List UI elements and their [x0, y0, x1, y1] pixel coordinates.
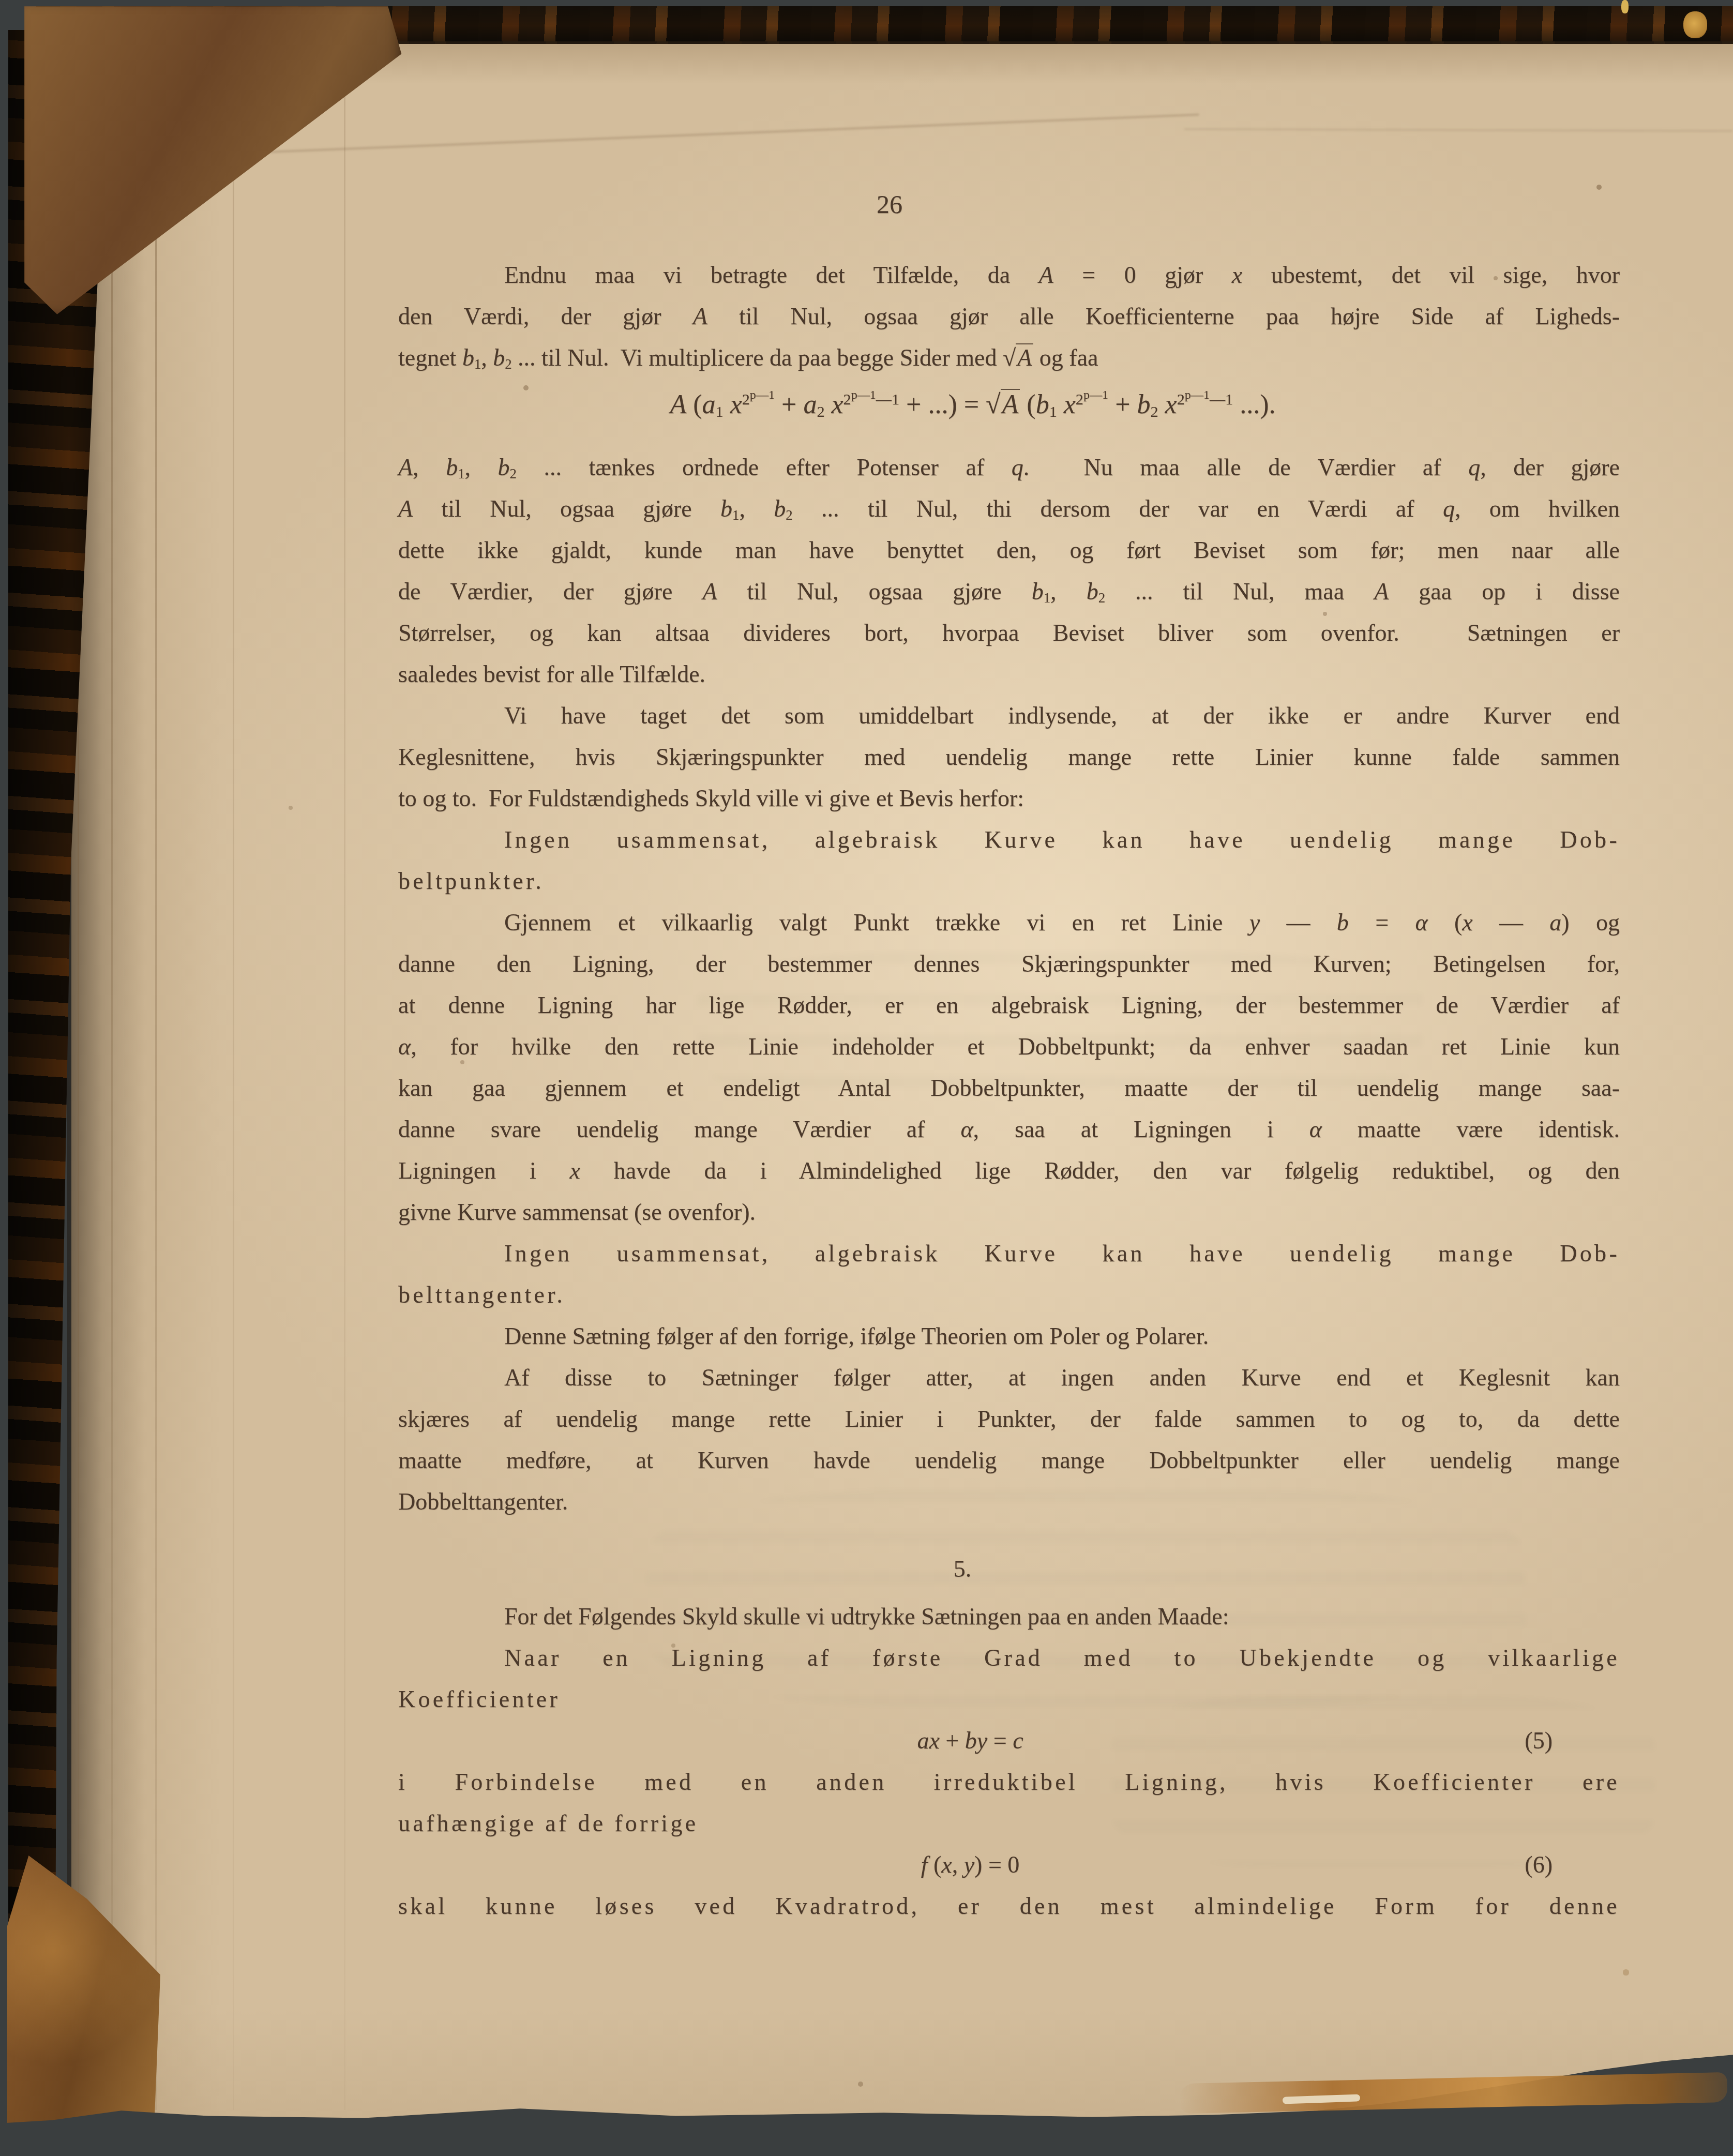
text-line: A til Nul, ogsaa gjøre b1, b2 ... til Nu…	[398, 488, 1620, 530]
text-line: belttangenter.	[398, 1274, 1620, 1316]
text-line: α, for hvilke den rette Linie indeholder…	[398, 1026, 1620, 1067]
text-line: at denne Ligning har lige Rødder, er en …	[398, 985, 1620, 1026]
text-line: beltpunkter.	[398, 861, 1620, 902]
text-line: Denne Sætning følger af den forrige, ifø…	[398, 1316, 1620, 1357]
sheet-edge-line	[155, 47, 157, 2110]
text-line: Af disse to Sætninger følger atter, at i…	[398, 1357, 1620, 1398]
sheet-edge-line	[233, 47, 234, 2110]
text-line: Keglesnittene, hvis Skjæringspunkter med…	[398, 736, 1620, 778]
text-line: to og to. For Fuldstændigheds Skyld vill…	[398, 778, 1620, 819]
text-line: danne svare uendelig mange Værdier af α,…	[398, 1109, 1620, 1150]
text-line: A, b1, b2 ... tænkes ordnede efter Poten…	[398, 447, 1620, 488]
text-line: Ingen usammensat, algebraisk Kurve kan h…	[398, 1233, 1620, 1274]
equation-number: (5)	[1525, 1720, 1553, 1761]
text-line: skal kunne løses ved Kvadratrod, er den …	[398, 1886, 1620, 1927]
text-line: Naar en Ligning af første Grad med to Ub…	[398, 1637, 1620, 1679]
equation-display: f (x, y) = 0(6)	[398, 1844, 1620, 1886]
equation-display: ax + by = c(5)	[398, 1720, 1620, 1761]
page-number: 26	[838, 189, 941, 219]
text-block: Endnu maa vi betragte det Tilfælde, da A…	[398, 254, 1620, 1927]
cover-worn-patch	[1621, 0, 1629, 13]
equation-display: A (a1 x2p—1 + a2 x2p—1—1 + ...) = √A (b1…	[398, 383, 1620, 427]
text-line: i Forbindelse med en anden irreduktibel …	[398, 1761, 1620, 1803]
sheet-edge-line	[344, 47, 345, 2110]
text-line: saaledes bevist for alle Tilfælde.	[398, 654, 1620, 695]
text-line: de Værdier, der gjøre A til Nul, ogsaa g…	[398, 571, 1620, 612]
text-line: kan gaa gjennem et endeligt Antal Dobbel…	[398, 1067, 1620, 1109]
text-line: givne Kurve sammensat (se ovenfor).	[398, 1192, 1620, 1233]
text-line: Ingen usammensat, algebraisk Kurve kan h…	[398, 819, 1620, 861]
text-line: dette ikke gjaldt, kunde man have benytt…	[398, 530, 1620, 571]
text-line: skjæres af uendelig mange rette Linier i…	[398, 1398, 1620, 1440]
text-line: uafhængige af de forrige	[398, 1803, 1620, 1844]
text-line: Ligningen i x havde da i Almindelighed l…	[398, 1150, 1620, 1192]
text-line: Vi have taget det som umiddelbart indlys…	[398, 695, 1620, 736]
text-line: Endnu maa vi betragte det Tilfælde, da A…	[398, 254, 1620, 296]
sheet-edge-line	[111, 47, 113, 2110]
text-line: tegnet b1, b2 ... til Nul. Vi multiplice…	[398, 337, 1620, 379]
paper-specks	[0, 0, 2, 2]
text-line: danne den Ligning, der bestemmer dennes …	[398, 943, 1620, 985]
text-line: Dobbelttangenter.	[398, 1481, 1620, 1522]
text-line: maatte medføre, at Kurven havde uendelig…	[398, 1440, 1620, 1481]
cover-worn-patch	[1683, 11, 1707, 38]
text-line: den Værdi, der gjør A til Nul, ogsaa gjø…	[398, 296, 1620, 337]
text-line: For det Følgendes Skyld skulle vi udtryk…	[398, 1596, 1620, 1637]
equation-number: (6)	[1525, 1844, 1553, 1886]
text-line: Størrelser, og kan altsaa divideres bort…	[398, 612, 1620, 654]
text-line: Gjennem et vilkaarlig valgt Punkt trække…	[398, 902, 1620, 943]
text-line: Koefficienter	[398, 1679, 1620, 1720]
book-scan: { "colors": { "paper": "#d3bd9c", "ink":…	[0, 0, 1733, 2156]
section-number: 5.	[398, 1548, 1620, 1590]
